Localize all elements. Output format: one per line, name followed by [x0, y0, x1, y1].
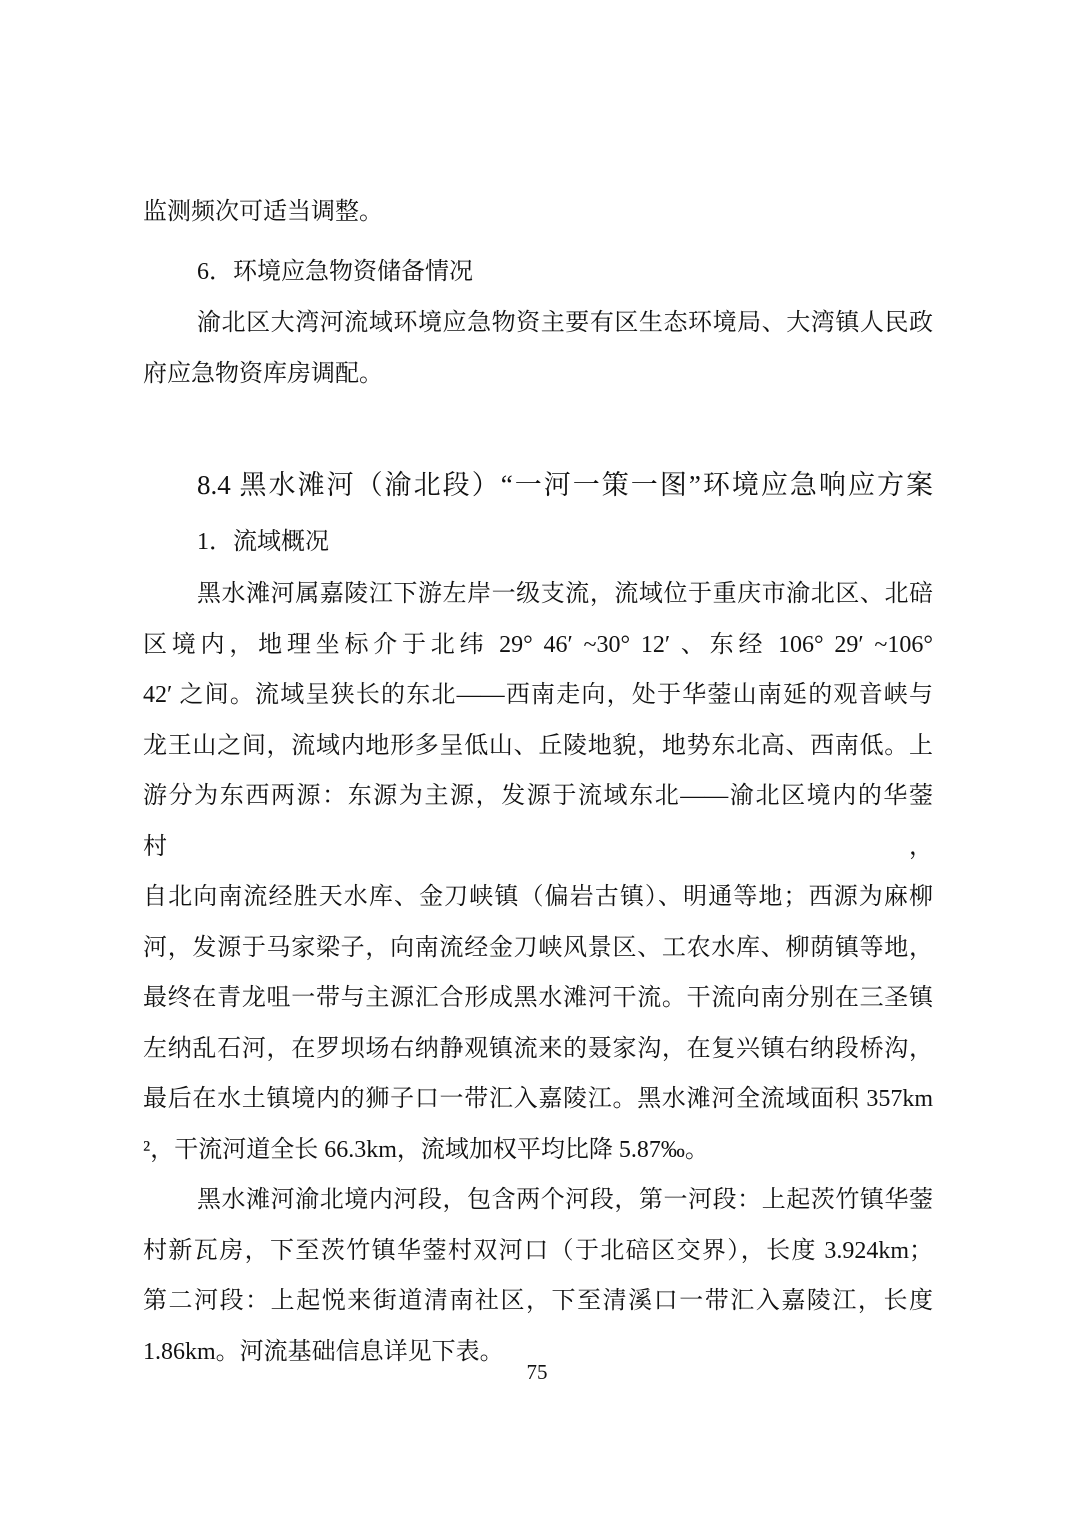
paragraph-line: 左纳乱石河，在罗坝场右纳静观镇流来的聂家沟，在复兴镇右纳段桥沟， [143, 1024, 933, 1075]
document-body: 监测频次可适当调整。6．环境应急物资储备情况渝北区大湾河流域环境应急物资主要有区… [143, 187, 933, 1377]
page-number: 75 [0, 1358, 1074, 1386]
paragraph-line: 黑水滩河属嘉陵江下游左岸一级支流，流域位于重庆市渝北区、北碚 [143, 569, 933, 620]
section-heading: 8.4 黑水滩河（渝北段）“一河一策一图”环境应急响应方案 [143, 455, 933, 515]
paragraph-line: 区境内，地理坐标介于北纬 29° 46′ ~30° 12′ 、东经 106° 2… [143, 620, 933, 671]
paragraph-line: 渝北区大湾河流域环境应急物资主要有区生态环境局、大湾镇人民政 [143, 298, 933, 349]
paragraph-line: 6．环境应急物资储备情况 [143, 247, 933, 298]
paragraph-line: 黑水滩河渝北境内河段，包含两个河段，第一河段：上起茨竹镇华蓥 [143, 1175, 933, 1226]
paragraph-line: 龙王山之间，流域内地形多呈低山、丘陵地貌，地势东北高、西南低。上 [143, 721, 933, 772]
paragraph-line: 第二河段：上起悦来街道清南社区，下至清溪口一带汇入嘉陵江，长度 [143, 1276, 933, 1327]
paragraph-line: ²，干流河道全长 66.3km，流域加权平均比降 5.87‰。 [143, 1125, 933, 1176]
paragraph-line: 村新瓦房，下至茨竹镇华蓥村双河口（于北碚区交界），长度 3.924km； [143, 1226, 933, 1277]
document-page: 监测频次可适当调整。6．环境应急物资储备情况渝北区大湾河流域环境应急物资主要有区… [0, 0, 1074, 1520]
paragraph-line: 自北向南流经胜天水库、金刀峡镇（偏岩古镇）、明通等地；西源为麻柳 [143, 872, 933, 923]
paragraph-line: 府应急物资库房调配。 [143, 349, 933, 400]
paragraph-line: 最终在青龙咀一带与主源汇合形成黑水滩河干流。干流向南分别在三圣镇 [143, 973, 933, 1024]
paragraph-line: 最后在水土镇境内的狮子口一带汇入嘉陵江。黑水滩河全流域面积 357km [143, 1074, 933, 1125]
paragraph-line: 42′ 之间。流域呈狭长的东北——西南走向，处于华蓥山南延的观音峡与 [143, 670, 933, 721]
subsection-heading: 1．流域概况 [143, 515, 933, 569]
paragraph-line: 游分为东西两源：东源为主源，发源于流域东北——渝北区境内的华蓥村， [143, 771, 933, 872]
paragraph-line: 监测频次可适当调整。 [143, 187, 933, 238]
paragraph-line: 河，发源于马家梁子，向南流经金刀峡风景区、工农水库、柳荫镇等地， [143, 923, 933, 974]
